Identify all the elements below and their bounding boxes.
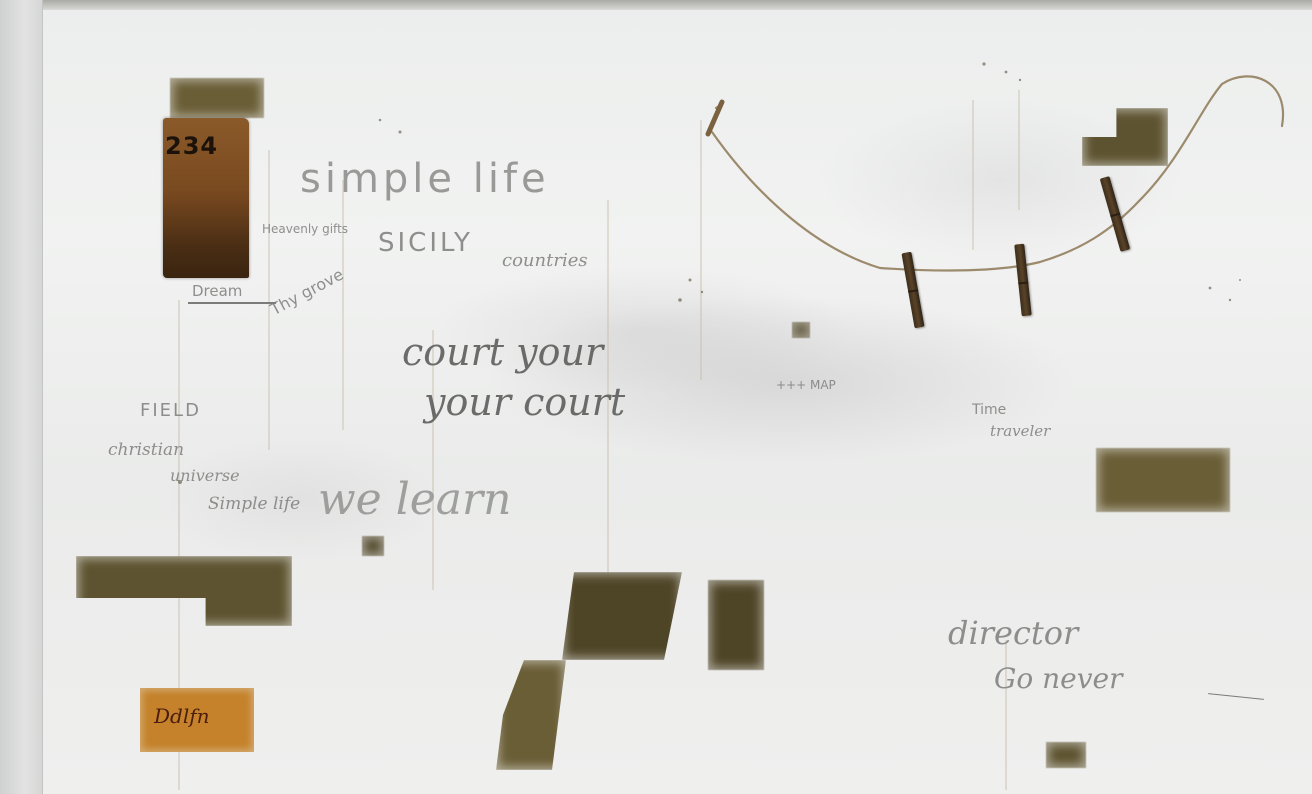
painting-canvas: 234 Ddlfn simple life Heavenly gifts SIC… xyxy=(0,0,1312,794)
clothesline-string xyxy=(0,0,1312,794)
